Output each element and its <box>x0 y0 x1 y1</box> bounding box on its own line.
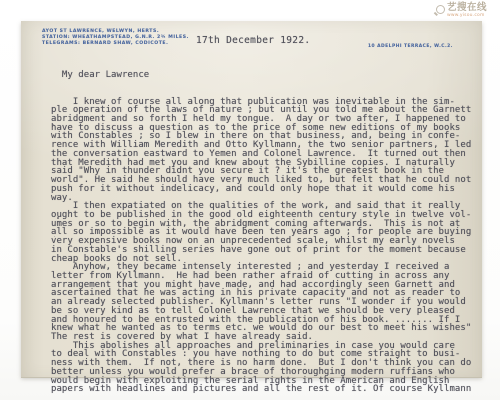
date-line: 17th December 1922. <box>196 35 310 46</box>
letterhead-address: AYOT ST LAWRENCE, WELWYN, HERTS.STATION:… <box>42 29 189 47</box>
watermark: 艺搜在线 www.yisou.com <box>436 3 487 18</box>
salutation: My dear Lawrence <box>51 71 471 80</box>
letter-line: papers with headlines and pictures and a… <box>51 385 471 394</box>
photo-background: AYOT ST LAWRENCE, WELWYN, HERTS.STATION:… <box>0 0 500 400</box>
watermark-text: 艺搜在线 <box>447 3 487 13</box>
letterhead-address-line: TELEGRAMS: BERNARD SHAW, CODICOTE. <box>42 41 189 47</box>
magnifier-icon <box>436 5 445 14</box>
paper-speck <box>57 217 59 219</box>
letter-line: push for it without indelicacy, and coul… <box>51 185 471 194</box>
letter-body: My dear Lawrence I knew of course all al… <box>51 54 471 124</box>
letterhead-london-address: 10 ADELPHI TERRACE, W.C.2. <box>368 44 453 49</box>
letter-paper: AYOT ST LAWRENCE, WELWYN, HERTS.STATION:… <box>21 21 482 377</box>
watermark-url: www.yisou.com <box>447 13 487 18</box>
letter-lines: I knew of course all along that publicat… <box>51 98 471 107</box>
